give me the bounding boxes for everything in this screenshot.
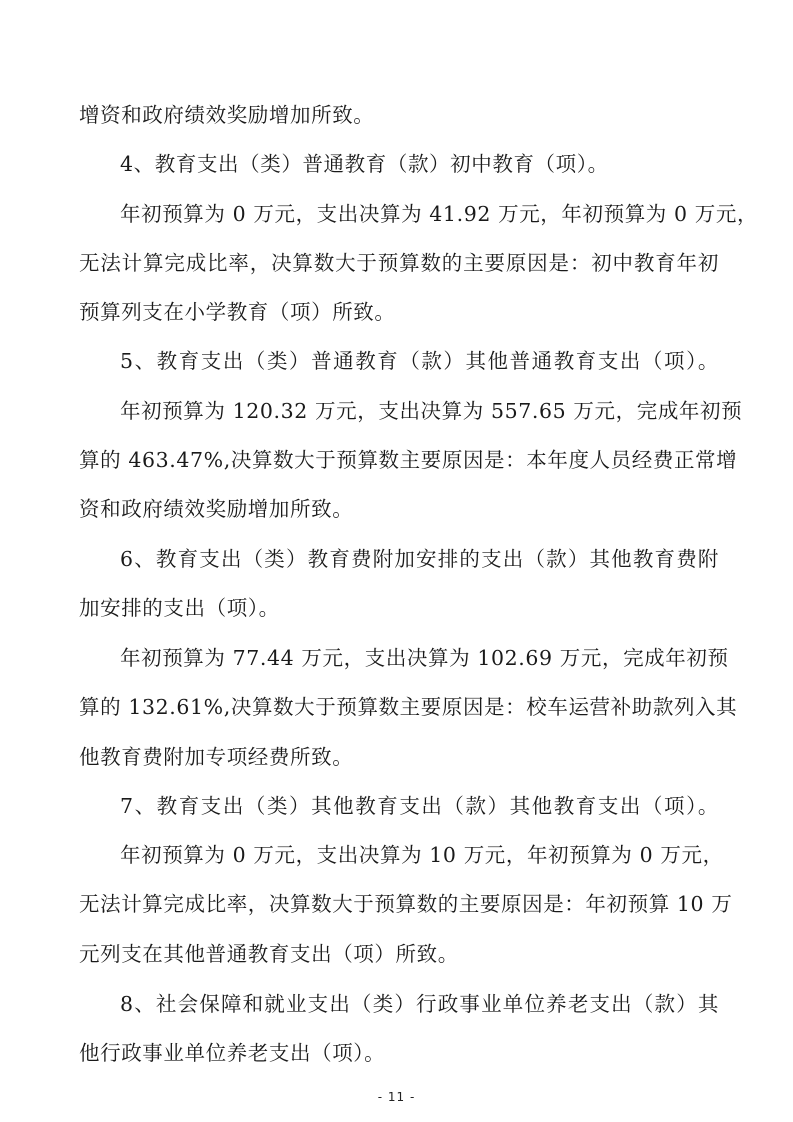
text-line: 年初预算为 0 万元，支出决算为 41.92 万元，年初预算为 0 万元，: [120, 199, 719, 229]
section-heading-6: 6、教育支出（类）教育费附加安排的支出（款）其他教育费附: [120, 544, 719, 574]
text-line: 算的 463.47%,决算数大于预算数主要原因是：本年度人员经费正常增: [79, 445, 719, 475]
text-line: 无法计算完成比率，决算数大于预算数的主要原因是：年初预算 10 万: [79, 889, 719, 919]
text-line: 元列支在其他普通教育支出（项）所致。: [79, 939, 719, 969]
text-line: 预算列支在小学教育（项）所致。: [79, 297, 719, 327]
text-line: 增资和政府绩效奖励增加所致。: [79, 100, 719, 130]
text-line: 年初预算为 0 万元，支出决算为 10 万元，年初预算为 0 万元，: [120, 840, 719, 870]
text-line: 算的 132.61%,决算数大于预算数主要原因是：校车运营补助款列入其: [79, 692, 719, 722]
text-line: 无法计算完成比率，决算数大于预算数的主要原因是：初中教育年初: [79, 248, 719, 278]
section-heading-5: 5、教育支出（类）普通教育（款）其他普通教育支出（项）。: [120, 346, 719, 376]
text-line: 加安排的支出（项）。: [79, 593, 719, 623]
section-heading-8: 8、社会保障和就业支出（类）行政事业单位养老支出（款）其: [120, 989, 719, 1019]
document-page: 增资和政府绩效奖励增加所致。 4、教育支出（类）普通教育（款）初中教育（项）。 …: [0, 0, 793, 1122]
section-heading-4: 4、教育支出（类）普通教育（款）初中教育（项）。: [120, 149, 719, 179]
text-line: 他行政事业单位养老支出（项）。: [79, 1038, 719, 1068]
text-line: 他教育费附加专项经费所致。: [79, 742, 719, 772]
text-line: 年初预算为 77.44 万元，支出决算为 102.69 万元，完成年初预: [120, 643, 719, 673]
text-line: 年初预算为 120.32 万元，支出决算为 557.65 万元，完成年初预: [120, 396, 719, 426]
text-line: 资和政府绩效奖励增加所致。: [79, 494, 719, 524]
section-heading-7: 7、教育支出（类）其他教育支出（款）其他教育支出（项）。: [120, 791, 719, 821]
page-number: - 11 -: [0, 1090, 793, 1104]
